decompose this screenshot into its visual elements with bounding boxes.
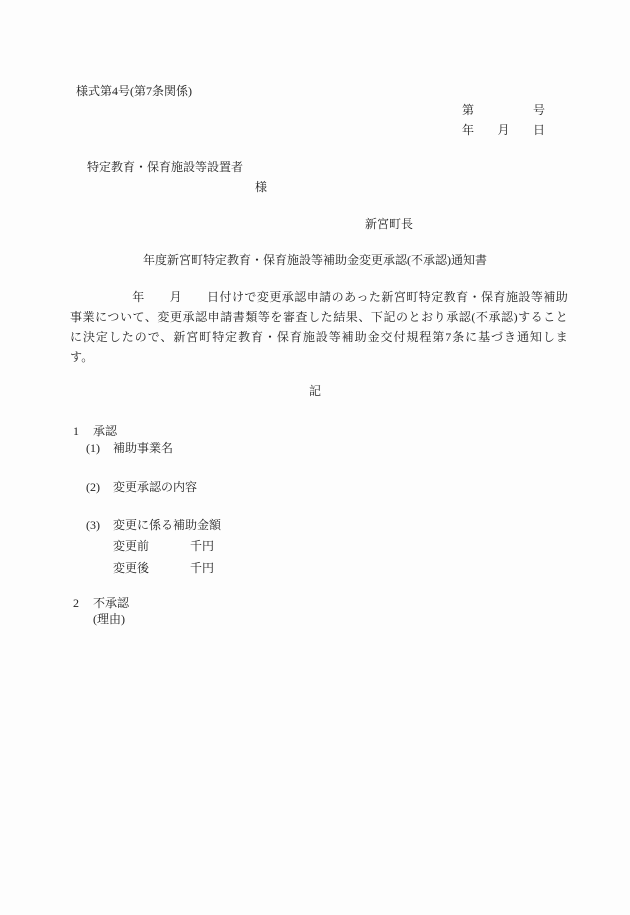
subsection-1-label: 補助事業名 (113, 441, 173, 455)
body-line: に決定したので、新宮町特定教育・保育施設等補助金交付規程第7条に基づき通知しま (70, 327, 568, 347)
amount-after-label: 変更後 (113, 561, 190, 575)
date-year-label: 年 (462, 123, 474, 137)
section-2-label: 不承認 (93, 596, 129, 610)
section-1-number: 1 (73, 424, 93, 438)
subsection-subsidy-project-name: (1) 補助事業名 (86, 441, 173, 455)
amount-before-label: 変更前 (113, 539, 190, 553)
subsection-2-label: 変更承認の内容 (113, 480, 197, 494)
subsection-changed-subsidy-amount: (3) 変更に係る補助金額 (86, 518, 221, 532)
date-line: 年 月 日 (462, 123, 545, 137)
subsection-change-approval-content: (2) 変更承認の内容 (86, 480, 197, 494)
document-number-suffix: 号 (533, 103, 545, 117)
subsection-1-number: (1) (86, 441, 113, 455)
subsection-3-number: (3) (86, 518, 113, 532)
amount-before-change-row: 変更前 千円 (113, 539, 214, 553)
amount-before-unit: 千円 (190, 539, 214, 553)
addressee: 特定教育・保育施設等設置者 (87, 160, 243, 174)
disapproval-reason-label: (理由) (93, 612, 125, 626)
section-2-number: 2 (73, 596, 93, 610)
document-number-line: 第 号 (462, 103, 545, 117)
body-line: 年 月 日付けで変更承認申請のあった新宮町特定教育・保育施設等補助 (70, 287, 568, 307)
section-2-disapproval: 2 不承認 (73, 596, 129, 610)
document-number-prefix: 第 (462, 103, 474, 117)
body-line: す。 (70, 347, 568, 367)
body-paragraph: 年 月 日付けで変更承認申請のあった新宮町特定教育・保育施設等補助 事業について… (70, 287, 568, 367)
form-number: 様式第4号(第7条関係) (76, 84, 192, 98)
amount-after-unit: 千円 (190, 561, 214, 575)
section-1-approval: 1 承認 (73, 424, 117, 438)
date-month-label: 月 (497, 123, 509, 137)
document-title: 年度新宮町特定教育・保育施設等補助金変更承認(不承認)通知書 (143, 253, 487, 267)
honorific: 様 (255, 180, 267, 194)
document-page: 様式第4号(第7条関係) 第 号 年 月 日 特定教育・保育施設等設置者 様 新… (0, 0, 630, 915)
ki-marker: 記 (0, 384, 630, 398)
subsection-3-label: 変更に係る補助金額 (113, 518, 221, 532)
body-line: 事業について、変更承認申請書類等を審査した結果、下記のとおり承認(不承認)するこ… (70, 307, 568, 327)
subsection-2-number: (2) (86, 480, 113, 494)
section-1-label: 承認 (93, 424, 117, 438)
date-day-label: 日 (533, 123, 545, 137)
amount-after-change-row: 変更後 千円 (113, 561, 214, 575)
sender: 新宮町長 (365, 217, 413, 231)
